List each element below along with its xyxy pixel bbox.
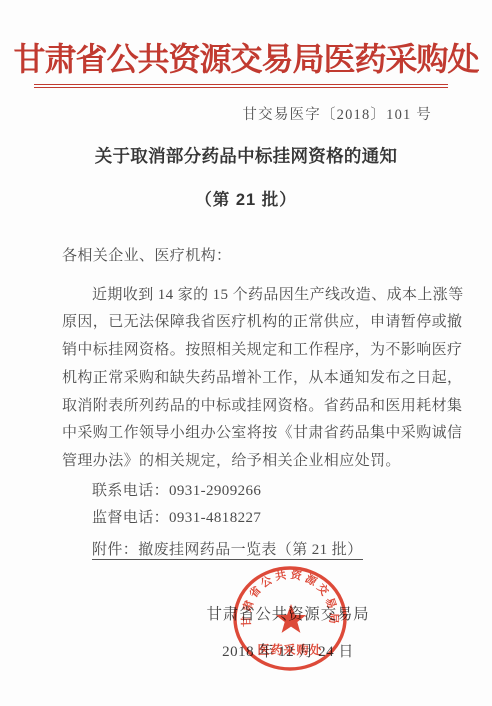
seal-bottom-text: 医药采购处: [257, 642, 322, 657]
seal-star-icon: [276, 604, 306, 633]
paragraph-line: 管理办法》的相关规定，给予相关企业相应处罚。: [62, 448, 444, 476]
contact-block: 联系电话：0931-2909266 监督电话：0931-4818227: [62, 478, 444, 533]
contact-phone-line: 联系电话：0931-2909266: [62, 478, 444, 506]
main-paragraph: 近期收到 14 家的 15 个药品因生产线改造、成本上涨等 原因，已无法保障我省…: [62, 282, 444, 476]
attachment-title: 附件：撤废挂网药品一览表（第 21 批）: [92, 542, 363, 560]
body-text: 各相关企业、医疗机构： 近期收到 14 家的 15 个药品因生产线改造、成本上涨…: [62, 243, 444, 565]
document-number: 甘交易医字〔2018〕101 号: [242, 103, 432, 124]
paragraph-line: 近期收到 14 家的 15 个药品因生产线改造、成本上涨等: [62, 282, 444, 310]
attachment-line: 附件：撤废挂网药品一览表（第 21 批）: [62, 537, 444, 565]
header-org-title: 甘肃省公共资源交易局医药采购处: [0, 34, 492, 80]
supervision-phone-line: 监督电话：0931-4818227: [62, 505, 444, 533]
greeting-line: 各相关企业、医疗机构：: [62, 243, 444, 271]
document-page: 甘肃省公共资源交易局医药采购处 甘交易医字〔2018〕101 号 关于取消部分药…: [0, 0, 492, 706]
notice-title: 关于取消部分药品中标挂网资格的通知: [0, 143, 492, 168]
official-seal: 甘肃省公共资源交易局 医药采购处: [232, 565, 348, 673]
paragraph-line: 销中标挂网资格。按照相关规定和工作程序，为不影响医疗: [62, 337, 444, 365]
header-double-rule: [34, 84, 448, 88]
paragraph-line: 取消附表所列药品的中标或挂网资格。省药品和医用耗材集: [62, 393, 444, 421]
notice-batch-label: （第 21 批）: [0, 186, 492, 210]
paragraph-line: 原因，已无法保障我省医疗机构的正常供应，申请暂停或撤: [62, 309, 444, 337]
paragraph-line: 中采购工作领导小组办公室将按《甘肃省药品集中采购诚信: [62, 420, 444, 448]
paragraph-line: 机构正常采购和缺失药品增补工作，从本通知发布之日起，: [62, 365, 444, 393]
